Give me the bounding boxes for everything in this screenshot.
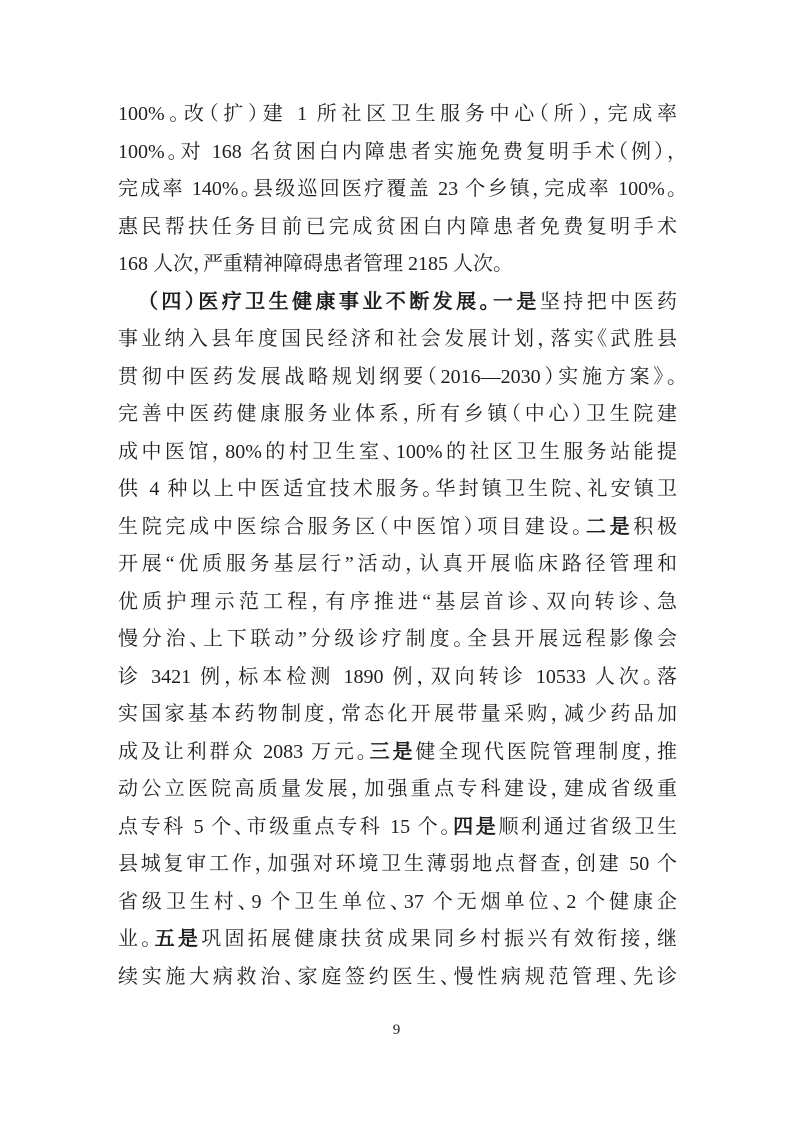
text-line: 生院完成中医综合服务区（中医馆）项目建设。二是积极 [118,509,677,547]
text-run: 100%。改（扩）建 1 所社区卫生服务中心（所），完成率 [118,103,677,125]
text-line: 惠民帮扶任务目前已完成贫困白内障患者免费复明手术 [118,209,677,247]
text-line: 开展“优质服务基层行”活动，认真开展临床路径管理和 [118,546,677,584]
text-line: 点专科 5 个、市级重点专科 15 个。四是顺利通过省级卫生 [118,809,677,847]
text-run: 供 4 种以上中医适宜技术服务。华封镇卫生院、礼安镇卫 [118,478,677,500]
text-run: 省级卫生村、9 个卫生单位、37 个无烟单位、2 个健康企 [118,891,677,913]
bold-text-run: 四是 [453,816,498,838]
text-run: 生院完成中医综合服务区（中医馆）项目建设。 [118,516,586,538]
text-line: 完善中医药健康服务业体系，所有乡镇（中心）卫生院建 [118,396,677,434]
document-page: 100%。改（扩）建 1 所社区卫生服务中心（所），完成率100%。对 168 … [0,0,793,1122]
bold-text-run: 五是 [155,928,202,950]
text-line: （四）医疗卫生健康事业不断发展。一是坚持把中医药 [118,284,677,322]
text-run: 业。 [118,928,155,950]
text-run: 事业纳入县年度国民经济和社会发展计划，落实《武胜县 [118,328,677,350]
text-line: 100%。对 168 名贫困白内障患者实施免费复明手术（例）， [118,134,677,172]
text-line: 完成率 140%。县级巡回医疗覆盖 23 个乡镇，完成率 100%。 [118,171,677,209]
text-line: 实国家基本药物制度，常态化开展带量采购，减少药品加 [118,696,677,734]
text-run: 巩固拓展健康扶贫成果同乡村振兴有效衔接，继 [201,928,677,950]
text-line: 慢分治、上下联动”分级诊疗制度。全县开展远程影像会 [118,621,677,659]
bold-text-run: 三是 [370,741,416,763]
text-line: 动公立医院高质量发展，加强重点专科建设，建成省级重 [118,771,677,809]
text-run: 开展“优质服务基层行”活动，认真开展临床路径管理和 [118,553,677,575]
text-run: 完成率 140%。县级巡回医疗覆盖 23 个乡镇，完成率 100%。 [118,178,677,200]
text-run: 动公立医院高质量发展，加强重点专科建设，建成省级重 [118,778,677,800]
text-line: 成及让利群众 2083 万元。三是健全现代医院管理制度，推 [118,734,677,772]
text-run: 贯彻中医药发展战略规划纲要（2016—2030）实施方案》。 [118,366,677,388]
text-run: 诊 3421 例，标本检测 1890 例，双向转诊 10533 人次。落 [118,666,677,688]
text-line: 供 4 种以上中医适宜技术服务。华封镇卫生院、礼安镇卫 [118,471,677,509]
text-run: 坚持把中医药 [540,291,677,313]
text-run: 优质护理示范工程，有序推进“基层首诊、双向转诊、急 [118,591,677,613]
text-run: 实国家基本药物制度，常态化开展带量采购，减少药品加 [118,703,677,725]
text-run: 惠民帮扶任务目前已完成贫困白内障患者免费复明手术 [118,216,677,238]
bold-text-run: （四）医疗卫生健康事业不断发展。一是 [148,291,540,313]
text-line: 诊 3421 例，标本检测 1890 例，双向转诊 10533 人次。落 [118,659,677,697]
text-run: 成中医馆，80%的村卫生室、100%的社区卫生服务站能提 [118,441,677,463]
text-line: 省级卫生村、9 个卫生单位、37 个无烟单位、2 个健康企 [118,884,677,922]
text-run: 慢分治、上下联动”分级诊疗制度。全县开展远程影像会 [118,628,677,650]
text-run: 县城复审工作，加强对环境卫生薄弱地点督查，创建 50 个 [118,853,677,875]
document-body: 100%。改（扩）建 1 所社区卫生服务中心（所），完成率100%。对 168 … [118,96,677,996]
text-line: 业。五是巩固拓展健康扶贫成果同乡村振兴有效衔接，继 [118,921,677,959]
text-line: 贯彻中医药发展战略规划纲要（2016—2030）实施方案》。 [118,359,677,397]
text-line: 成中医馆，80%的村卫生室、100%的社区卫生服务站能提 [118,434,677,472]
text-run: 完善中医药健康服务业体系，所有乡镇（中心）卫生院建 [118,403,677,425]
text-run: 点专科 5 个、市级重点专科 15 个。 [118,816,453,838]
bold-text-run: 二是 [586,516,633,538]
text-run: 积极 [633,516,677,538]
text-line: 100%。改（扩）建 1 所社区卫生服务中心（所），完成率 [118,96,677,134]
page-number: 9 [0,1020,793,1040]
text-run: 成及让利群众 2083 万元。 [118,741,370,763]
text-line: 优质护理示范工程，有序推进“基层首诊、双向转诊、急 [118,584,677,622]
text-run: 168 人次，严重精神障碍患者管理 2185 人次。 [118,253,503,275]
text-line: 168 人次，严重精神障碍患者管理 2185 人次。 [118,246,677,284]
text-run: 100%。对 168 名贫困白内障患者实施免费复明手术（例）， [118,141,677,163]
text-run: 顺利通过省级卫生 [498,816,677,838]
text-run: 续实施大病救治、家庭签约医生、慢性病规范管理、先诊 [118,966,677,988]
text-line: 县城复审工作，加强对环境卫生薄弱地点督查，创建 50 个 [118,846,677,884]
text-run: 健全现代医院管理制度，推 [415,741,677,763]
text-line: 事业纳入县年度国民经济和社会发展计划，落实《武胜县 [118,321,677,359]
text-line: 续实施大病救治、家庭签约医生、慢性病规范管理、先诊 [118,959,677,997]
